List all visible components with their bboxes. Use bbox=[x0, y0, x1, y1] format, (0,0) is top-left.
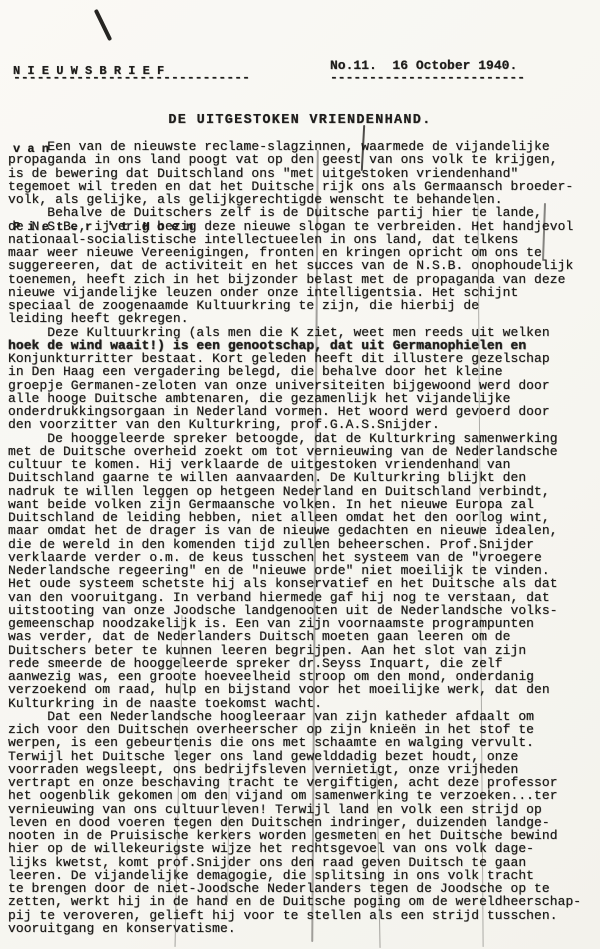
text-line: suggereeren, dat de activiteit en het su… bbox=[8, 259, 596, 272]
text-line: nationaal-socialistische intellectueelen… bbox=[8, 233, 596, 246]
text-line: vernieuwing van ons cultuurleven! Terwij… bbox=[8, 803, 596, 816]
text-line: aanwezig was, een groote hoeveelheid str… bbox=[8, 670, 596, 683]
text-line: verzoekend om raad, hulp en bijstand voo… bbox=[8, 683, 596, 696]
text-line: nadruk te willen leggen op hetgeen Neder… bbox=[8, 485, 596, 498]
text-line: zetten, werkt hij in de hand en de Duits… bbox=[8, 895, 596, 908]
text-line: propaganda in ons land poogt vat op den … bbox=[8, 153, 596, 166]
text-line: Duitschland gaarne te willen aanvaarden.… bbox=[8, 471, 596, 484]
text-line: was verder, dat de Nederlanders Duitsch … bbox=[8, 630, 596, 643]
text-line: volk, als gelijke, als gelijkgerechtigde… bbox=[8, 193, 596, 206]
text-line: maar omdat het de drager is van de nieuw… bbox=[8, 524, 596, 537]
text-line: Terwijl het Duitsche leger ons land gewe… bbox=[8, 750, 596, 763]
text-line: maar weer nieuwe Vereenigingen, fronten … bbox=[8, 246, 596, 259]
text-line: leeren. De vijandelijke demagogie, die s… bbox=[8, 869, 596, 882]
text-line: van den vooruitgang. In verband hiermede… bbox=[8, 591, 596, 604]
text-line: pij te veroveren, gelieft hij voor te st… bbox=[8, 909, 596, 922]
text-line: speciaal de zoogenaamde Kultuurkring te … bbox=[8, 299, 596, 312]
text-line: Dat een Nederlandsche hoogleeraar van zi… bbox=[8, 710, 596, 723]
text-line: het oogenblik gekomen om den vijand om s… bbox=[8, 789, 596, 802]
text-line: werpen, is een gebeurtenis die ons met s… bbox=[8, 736, 596, 749]
article-title: DE UITGESTOKEN VRIENDENHAND. bbox=[0, 113, 600, 128]
text-line: lijks kwetst, komt prof.Snijder ons den … bbox=[8, 856, 596, 869]
text-line: Een van de nieuwste reclame-slagzinnen, … bbox=[8, 140, 596, 153]
text-line: Behalve de Duitschers zelf is de Duitsch… bbox=[8, 206, 596, 219]
text-line: zich voor den Duitschen overheerscher op… bbox=[8, 723, 596, 736]
text-line: in Den Haag een vergadering belegd, die … bbox=[8, 365, 596, 378]
text-line: toenemen, heeft zich in het bijzonder be… bbox=[8, 273, 596, 286]
text-line: nooten in de Pruisische kerkers worden g… bbox=[8, 829, 596, 842]
text-line: hier op de willekeurigste wijze het rech… bbox=[8, 842, 596, 855]
text-line: groepje Germanen-zeloten van onze univer… bbox=[8, 379, 596, 392]
text-line: Nederlandsche regeering" en de "nieuwe o… bbox=[8, 564, 596, 577]
text-line: De hooggeleerde spreker betoogde, dat de… bbox=[8, 432, 596, 445]
scanned-newsletter-page: N I E U W S B R I E F v a n P i e t e r … bbox=[0, 0, 600, 949]
text-line: Konjunkturritter bestaat. Kort geleden h… bbox=[8, 352, 596, 365]
author-underline: ------------------------------ bbox=[13, 70, 250, 85]
text-line: uitstooting van onze Joodsche landgenoot… bbox=[8, 604, 596, 617]
text-line: leiding heeft gekregen. bbox=[8, 312, 596, 325]
article-body: Een van de nieuwste reclame-slagzinnen, … bbox=[8, 140, 596, 935]
text-line: vooruitgang en konservatisme. bbox=[8, 922, 596, 935]
text-line: verklaarde verder o.m. de keus tusschen … bbox=[8, 551, 596, 564]
text-line: rede smeerde de hooggeleerde spreker dr.… bbox=[8, 657, 596, 670]
text-line: cultuur te komen. Hij verklaarde de uitg… bbox=[8, 458, 596, 471]
text-line: de N.S.B., ijverig bezig deze nieuwe slo… bbox=[8, 220, 596, 233]
text-line: Duitschers beter te kunnen leeren begrij… bbox=[8, 644, 596, 657]
text-line: te brengen door de niet-Joodsche Nederla… bbox=[8, 882, 596, 895]
issue-underline: ------------------------- bbox=[330, 70, 525, 85]
text-line: vertrapt en onze beschaving tracht te ve… bbox=[8, 776, 596, 789]
text-line: tegemoet wil treden en dat het Duitsche … bbox=[8, 180, 596, 193]
text-line: den voorzitter van den Kulturkring, prof… bbox=[8, 418, 596, 431]
text-line: voorraden wegsleept, ons bedrijfsleven v… bbox=[8, 763, 596, 776]
text-line: is de bewering dat Duitschland ons "met … bbox=[8, 167, 596, 180]
text-line: hoek de wind waait!) is een genootschap,… bbox=[8, 339, 596, 352]
text-line: Duitschland de leiding hebben, niet alle… bbox=[8, 511, 596, 524]
text-line: onderdrukkingsorgaan in Nederland vormen… bbox=[8, 405, 596, 418]
text-line: gemeenschap noodzakelijk is. Een van zij… bbox=[8, 617, 596, 630]
text-line: Deze Kultuurkring (als men die K ziet, w… bbox=[8, 326, 596, 339]
text-line: want beide volken zijn Germaansche volke… bbox=[8, 498, 596, 511]
text-line: alle hooge Duitsche ambtenaren, die geza… bbox=[8, 392, 596, 405]
text-line: Het oude systeem schetste hij als konser… bbox=[8, 577, 596, 590]
text-line: nieuwe vijandelijke leuzen onder onze in… bbox=[8, 286, 596, 299]
text-line: Kulturkring in de naaste toekomst wacht. bbox=[8, 697, 596, 710]
text-line: leven en dood voeren tegen den Duitschen… bbox=[8, 816, 596, 829]
text-line: die de wereld in den komenden tijd zulle… bbox=[8, 538, 596, 551]
text-line: met de Duitsche overheid zoekt om tot ve… bbox=[8, 445, 596, 458]
